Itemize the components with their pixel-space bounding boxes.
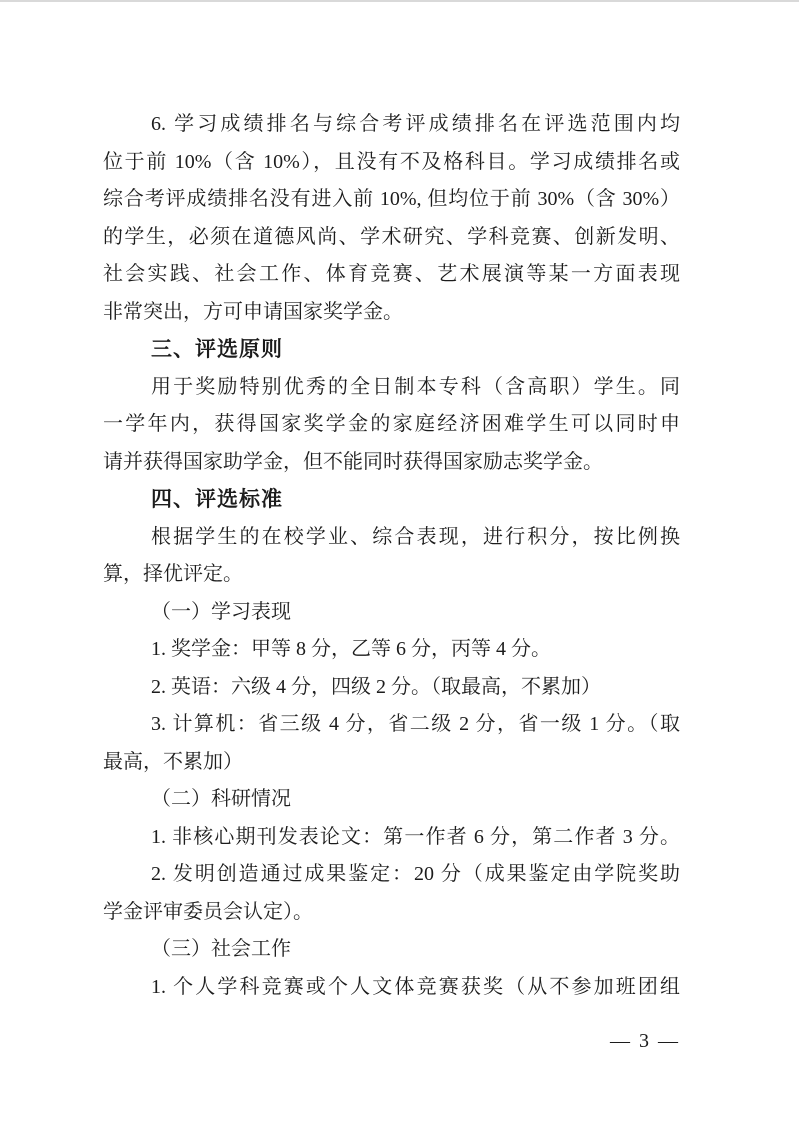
paragraph-invention-points: 2. 发明创造通过成果鉴定：20 分（成果鉴定由学院奖助 学金评审委员会认定）。 [103, 856, 680, 931]
text-line: 根据学生的在校学业、综合表现，进行积分，按比例换 [103, 519, 680, 557]
subsection-title: （三）社会工作 [103, 931, 680, 969]
subsection-research: （二）科研情况 [103, 781, 680, 819]
text-line: 2. 英语：六级 4 分，四级 2 分。（取最高，不累加） [103, 669, 680, 707]
text-line: 最高，不累加） [103, 744, 680, 782]
text-line: 1. 个人学科竞赛或个人文体竞赛获奖（从不参加班团组 [103, 969, 680, 1007]
text-line: 一学年内，获得国家奖学金的家庭经济困难学生可以同时申 [103, 406, 680, 444]
document-body: 6. 学习成绩排名与综合考评成绩排名在评选范围内均 位于前 10%（含 10%）… [103, 106, 680, 1006]
text-line: 位于前 10%（含 10%），且没有不及格科目。学习成绩排名或 [103, 144, 680, 182]
paragraph-computer-points: 3. 计算机：省三级 4 分，省二级 2 分，省一级 1 分。（取 最高，不累加… [103, 706, 680, 781]
subsection-study-performance: （一）学习表现 [103, 594, 680, 632]
paragraph-item-6: 6. 学习成绩排名与综合考评成绩排名在评选范围内均 位于前 10%（含 10%）… [103, 106, 680, 331]
text-line: 的学生，必须在道德风尚、学术研究、学科竞赛、创新发明、 [103, 219, 680, 257]
text-line: 算，择优评定。 [103, 556, 680, 594]
text-line: 学金评审委员会认定）。 [103, 894, 680, 932]
paragraph-competition-awards: 1. 个人学科竞赛或个人文体竞赛获奖（从不参加班团组 [103, 969, 680, 1007]
page-number: — 3 — [610, 1029, 680, 1053]
paragraph-selection-criteria-intro: 根据学生的在校学业、综合表现，进行积分，按比例换 算，择优评定。 [103, 519, 680, 594]
paragraph-journal-points: 1. 非核心期刊发表论文：第一作者 6 分，第二作者 3 分。 [103, 819, 680, 857]
paragraph-selection-principles: 用于奖励特别优秀的全日制本专科（含高职）学生。同 一学年内，获得国家奖学金的家庭… [103, 369, 680, 482]
text-line: 1. 奖学金：甲等 8 分，乙等 6 分，丙等 4 分。 [103, 631, 680, 669]
subsection-title: （二）科研情况 [103, 781, 680, 819]
paragraph-english-points: 2. 英语：六级 4 分，四级 2 分。（取最高，不累加） [103, 669, 680, 707]
subsection-social-work: （三）社会工作 [103, 931, 680, 969]
section-heading-selection-criteria: 四、评选标准 [103, 481, 680, 519]
text-line: 6. 学习成绩排名与综合考评成绩排名在评选范围内均 [103, 106, 680, 144]
text-line: 2. 发明创造通过成果鉴定：20 分（成果鉴定由学院奖助 [103, 856, 680, 894]
text-line: 社会实践、社会工作、体育竞赛、艺术展演等某一方面表现 [103, 256, 680, 294]
text-line: 请并获得国家助学金，但不能同时获得国家励志奖学金。 [103, 444, 680, 482]
text-line: 3. 计算机：省三级 4 分，省二级 2 分，省一级 1 分。（取 [103, 706, 680, 744]
text-line: 1. 非核心期刊发表论文：第一作者 6 分，第二作者 3 分。 [103, 819, 680, 857]
section-heading-selection-principles: 三、评选原则 [103, 331, 680, 369]
text-line: 综合考评成绩排名没有进入前 10%, 但均位于前 30%（含 30%） [103, 181, 680, 219]
subsection-title: （一）学习表现 [103, 594, 680, 632]
paragraph-scholarship-points: 1. 奖学金：甲等 8 分，乙等 6 分，丙等 4 分。 [103, 631, 680, 669]
scan-edge-artifact [0, 0, 799, 2]
document-page: { "page": { "number": "— 3 —", "colors":… [0, 0, 799, 1130]
text-line: 用于奖励特别优秀的全日制本专科（含高职）学生。同 [103, 369, 680, 407]
text-line: 非常突出，方可申请国家奖学金。 [103, 294, 680, 332]
